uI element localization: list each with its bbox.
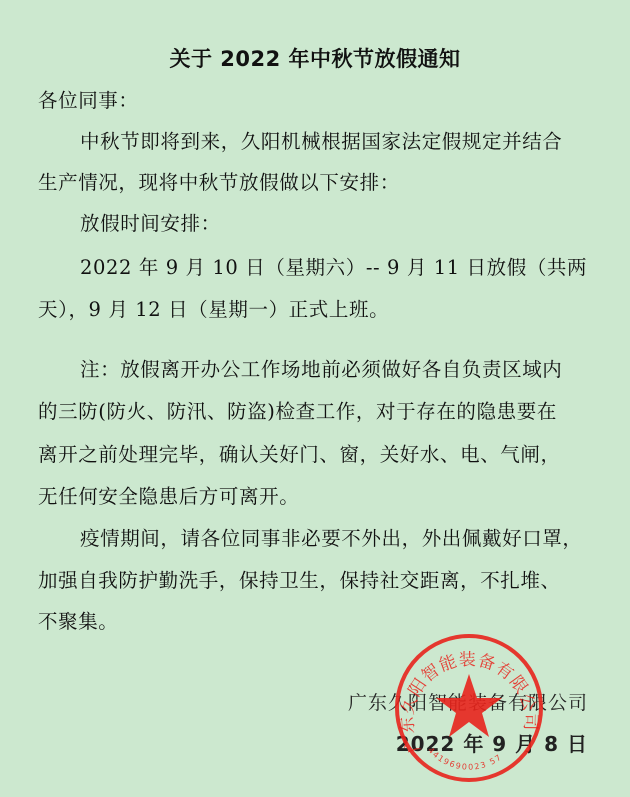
paragraph-line: 无任何安全隐患后方可离开。 xyxy=(38,482,594,512)
notice-document: 关于 2022 年中秋节放假通知 各位同事： 中秋节即将到来，久阳机械根据国家法… xyxy=(0,0,630,797)
section-heading: 放假时间安排： xyxy=(80,209,630,239)
paragraph-line: 中秋节即将到来，久阳机械根据国家法定假规定并结合 xyxy=(80,127,630,157)
paragraph-line: 不聚集。 xyxy=(38,607,594,637)
paragraph-line: 生产情况，现将中秋节放假做以下安排： xyxy=(38,168,594,198)
paragraph-line: 2022 年 9 月 10 日（星期六）-- 9 月 11 日放假（共两 xyxy=(80,253,630,283)
paragraph-line: 离开之前处理完毕，确认关好门、窗，关好水、电、气闸， xyxy=(38,440,594,470)
paragraph-line: 注：放假离开办公工作场地前必须做好各自负责区域内 xyxy=(80,355,630,385)
paragraph-line: 天），9 月 12 日（星期一）正式上班。 xyxy=(38,295,594,325)
paragraph-line: 加强自我防护勤洗手，保持卫生，保持社交距离，不扎堆、 xyxy=(38,566,594,596)
page-title: 关于 2022 年中秋节放假通知 xyxy=(0,44,630,74)
signature-company: 广东久阳智能装备有限公司 xyxy=(348,688,588,718)
greeting: 各位同事： xyxy=(38,86,594,116)
paragraph-line: 的三防(防火、防汛、防盗)检查工作，对于存在的隐患要在 xyxy=(38,397,594,427)
paragraph-line: 疫情期间，请各位同事非必要不外出，外出佩戴好口罩， xyxy=(80,524,630,554)
signature-date: 2022 年 9 月 8 日 xyxy=(396,729,588,759)
